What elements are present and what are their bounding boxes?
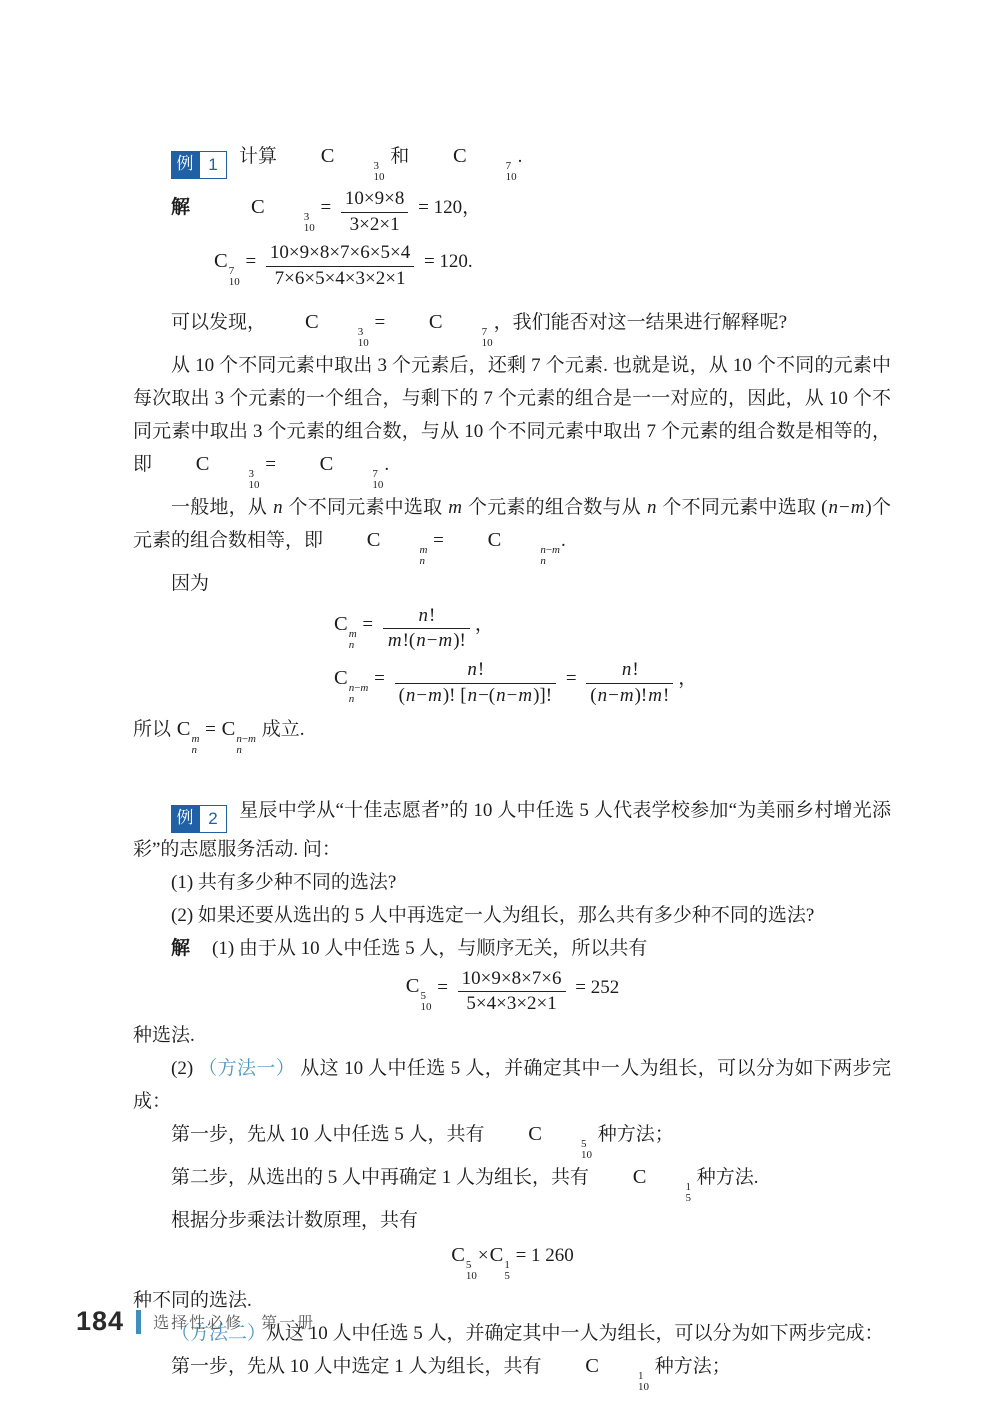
method2-step1: 第一步，先从 10 人中选定 1 人为组长，共有 C110 种方法； (133, 1350, 891, 1393)
paragraph-general: 一般地，从 n 个不同元素中选取 m 个元素的组合数与从 n 个不同元素中选取 … (133, 491, 891, 567)
page-content: 例 1 计算 C310 和 C710. 解C310 = 10×9×83×2×1 … (133, 140, 891, 1393)
example2-solve-label: 解 (171, 938, 190, 959)
example2-badge-label: 例 (171, 805, 199, 833)
footer-divider-bar (136, 1310, 141, 1334)
example1-solve-label: 解 (171, 197, 190, 218)
example2-solution-lead: 解(1) 由于从 10 人中任选 5 人，与顺序无关，所以共有 (133, 932, 891, 965)
example1-badge-label: 例 (171, 151, 199, 179)
formula-combination-m: Cmn = n!m!(n−m)!， (333, 604, 891, 654)
example2-question2: (2) 如果还要从选出的 5 人中再选定一人为组长，那么共有多少种不同的选法? (133, 899, 891, 932)
example1-badge: 例 1 (171, 151, 227, 179)
solution1-tail: 种选法. (133, 1019, 891, 1052)
textbook-page: 例 1 计算 C310 和 C710. 解C310 = 10×9×83×2×1 … (0, 0, 1000, 1422)
example2-badge: 例 2 (171, 805, 227, 833)
page-number: 184 (76, 1306, 124, 1337)
principle-line: 根据分步乘法计数原理，共有 (133, 1204, 891, 1237)
method1-step1: 第一步，先从 10 人中任选 5 人，共有 C510 种方法； (133, 1118, 891, 1161)
method1-paragraph: (2) （方法一） 从这 10 人中任选 5 人，并确定其中一人为组长，可以分为… (133, 1052, 891, 1118)
example1-title: 计算 C310 和 C710. (239, 146, 522, 167)
formula-combination-n-minus-m: Cn−mn = n!(n−m)! [n−(n−m)]! = n!(n−m)!m!… (333, 658, 891, 708)
example1-solution-line1: 解C310 = 10×9×83×2×1 = 120， (133, 187, 891, 237)
footer-series-label: 选择性必修 (153, 1310, 243, 1333)
example2-intro: 星辰中学从“十佳志愿者”的 10 人中任选 5 人代表学校参加“为美丽乡村增光添… (133, 800, 891, 860)
example2-question1: (1) 共有多少种不同的选法? (133, 866, 891, 899)
footer-volume-label: 第一册 (261, 1310, 315, 1333)
example1-heading: 例 1 计算 C310 和 C710. (133, 140, 891, 183)
equation-252: C510 = 10×9×8×7×65×4×3×2×1 = 252 (133, 967, 891, 1017)
example2-badge-number: 2 (199, 805, 227, 833)
page-footer: 184 选择性必修 第一册 (76, 1306, 315, 1337)
equation-1260: C510×C15 = 1 260 (133, 1239, 891, 1282)
example1-equation2: C710 = 10×9×8×7×6×5×47×6×5×4×3×2×1 = 120… (133, 241, 891, 291)
example1-equation1: C310 = 10×9×83×2×1 = 120， (212, 197, 481, 218)
example2-heading: 例 2 星辰中学从“十佳志愿者”的 10 人中任选 5 人代表学校参加“为美丽乡… (133, 794, 891, 866)
paragraph-discover: 可以发现，C310 = C710，我们能否对这一结果进行解释呢? (133, 306, 891, 349)
paragraph-conclusion: 所以 Cmn = Cn−mn 成立. (133, 713, 891, 756)
example1-badge-number: 1 (199, 151, 227, 179)
paragraph-explain: 从 10 个不同元素中取出 3 个元素后，还剩 7 个元素. 也就是说，从 10… (133, 349, 891, 491)
example2-solution1-text: (1) 由于从 10 人中任选 5 人，与顺序无关，所以共有 (212, 938, 647, 959)
general-formula-block: Cmn = n!m!(n−m)!， Cn−mn = n!(n−m)! [n−(n… (133, 604, 891, 709)
paragraph-because: 因为 (133, 567, 891, 600)
method1-step2: 第二步，从选出的 5 人中再确定 1 人为组长，共有 C15 种方法. (133, 1161, 891, 1204)
